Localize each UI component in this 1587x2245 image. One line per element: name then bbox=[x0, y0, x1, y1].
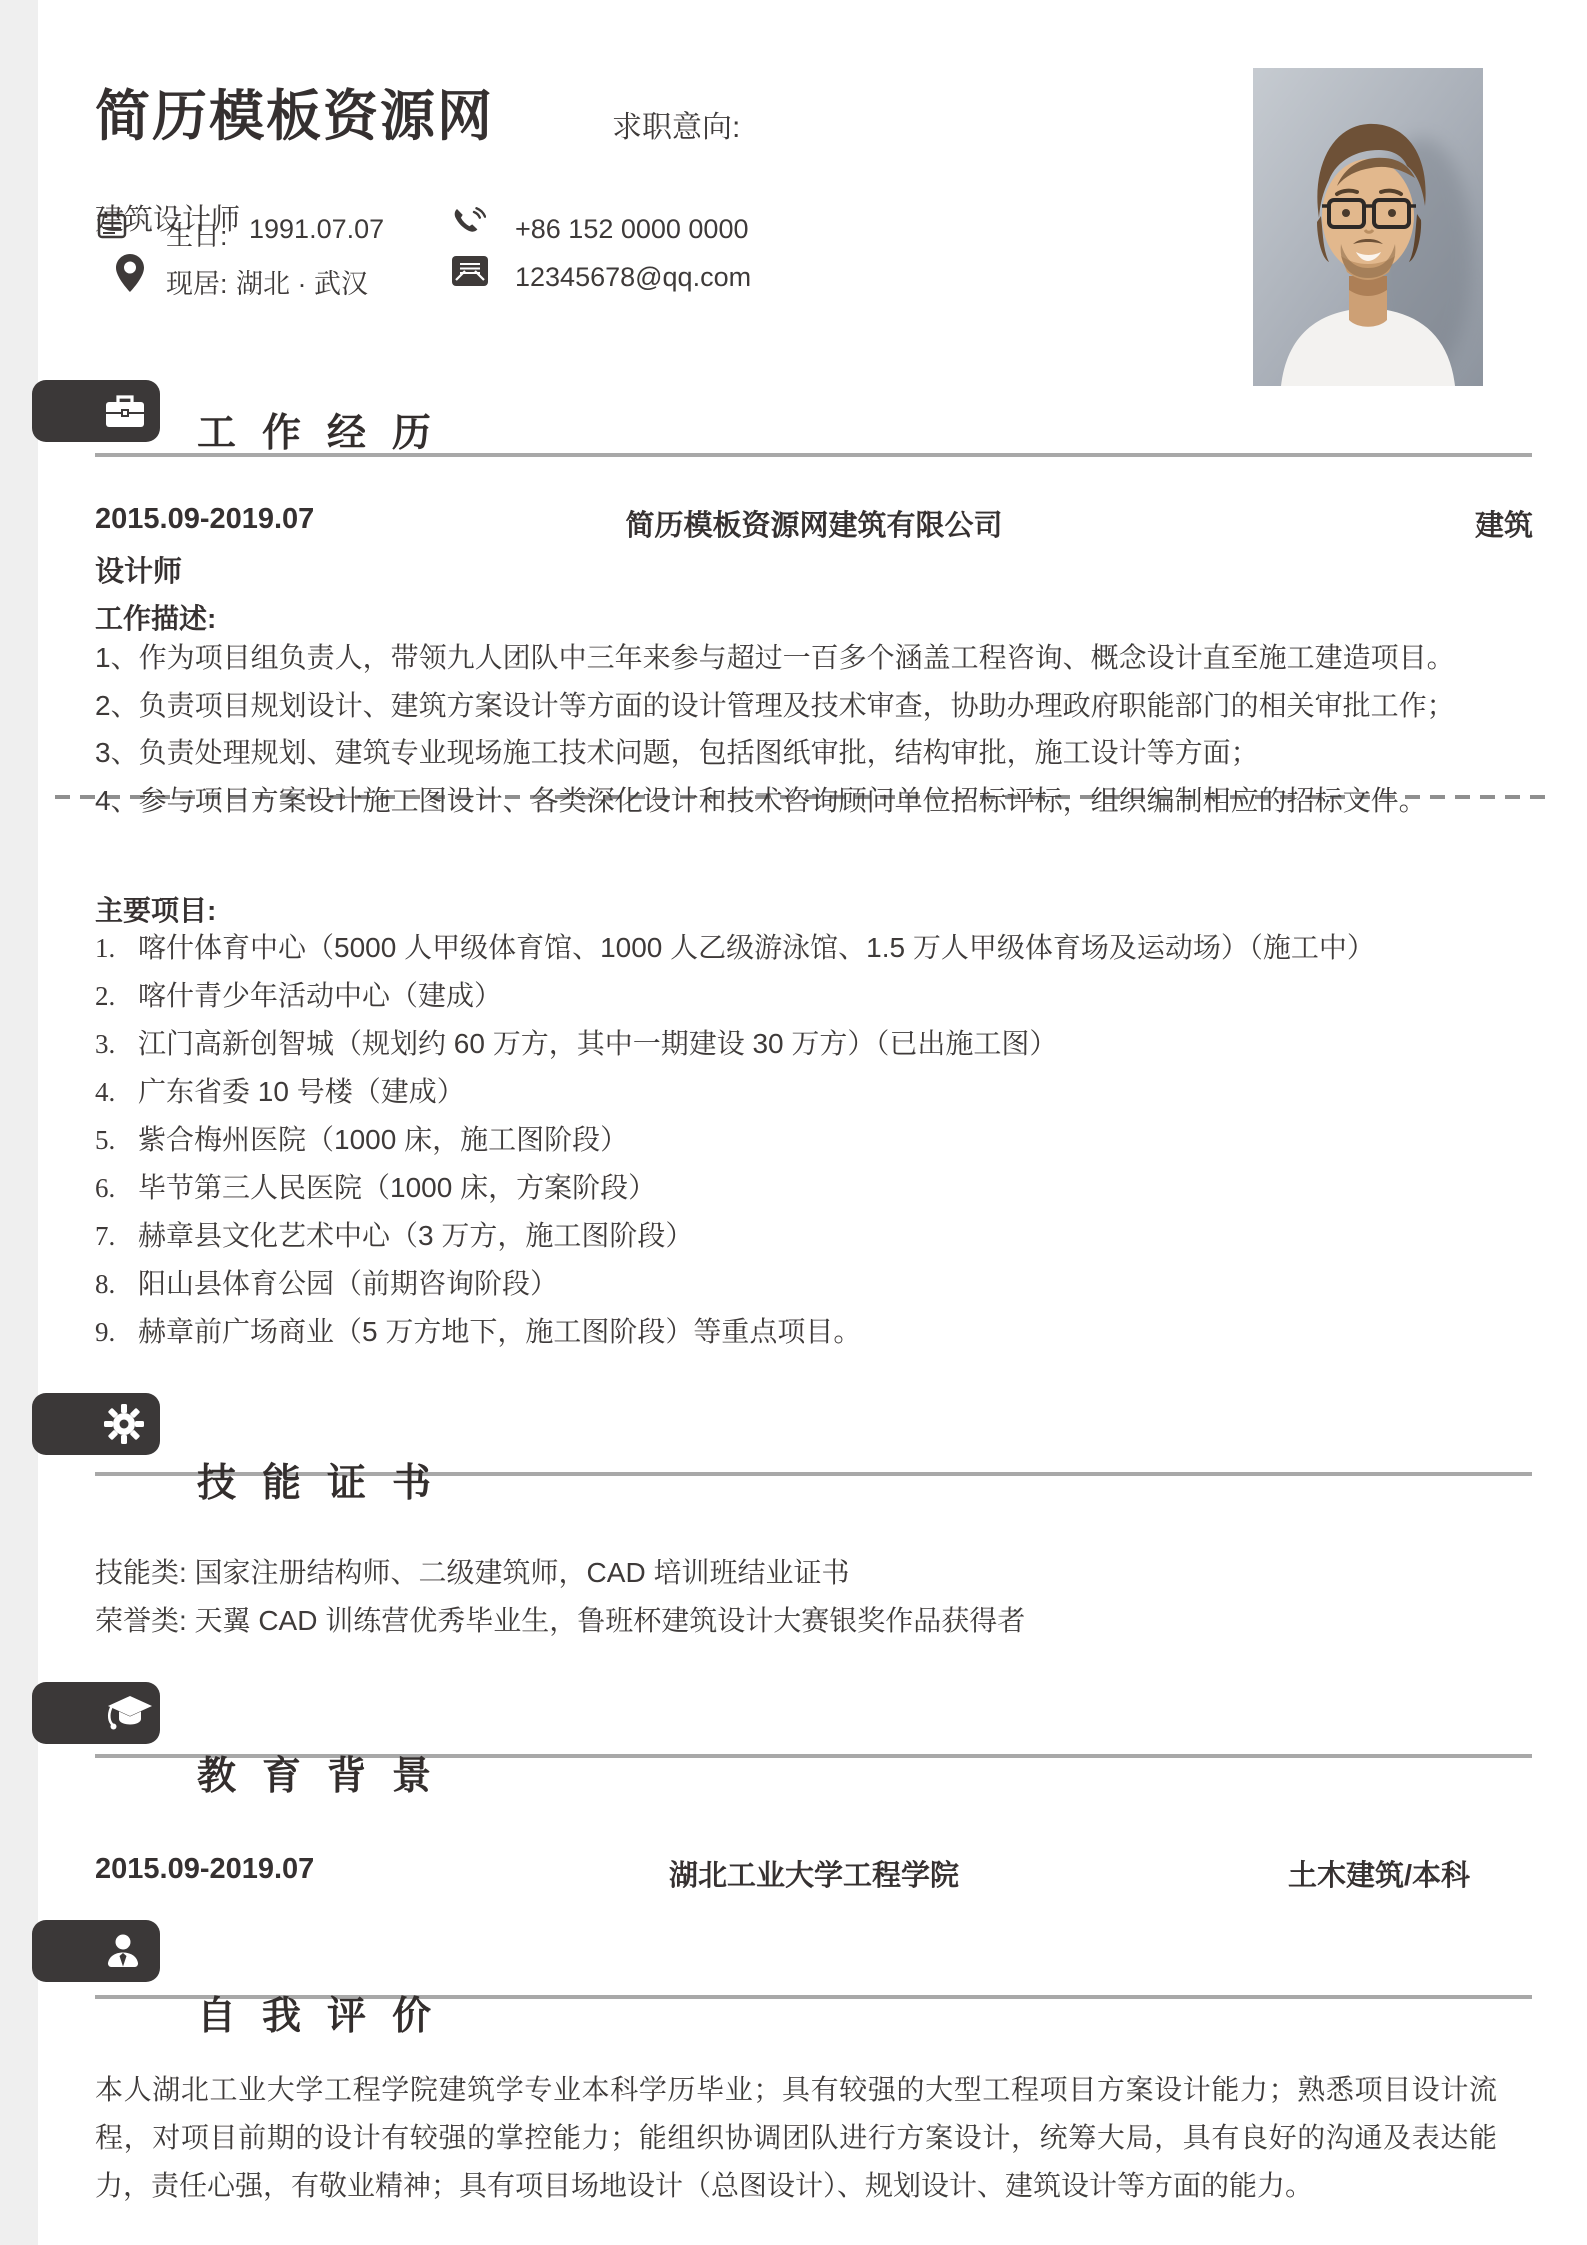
list-number: 2. bbox=[95, 972, 138, 1020]
list-number: 4. bbox=[95, 1068, 138, 1116]
list-number: 6. bbox=[95, 1164, 138, 1212]
work-role-line1: 建筑 bbox=[1475, 503, 1533, 544]
work-company: 简历模板资源网建筑有限公司 bbox=[95, 503, 1533, 544]
section-badge bbox=[32, 1682, 160, 1744]
list-number: 3. bbox=[95, 1020, 138, 1068]
work-desc-item: 2、负责项目规划设计、建筑方案设计等方面的设计管理及技术审查，协助办理政府职能部… bbox=[95, 682, 1542, 730]
self-evaluation-text: 本人湖北工业大学工程学院建筑学专业本科学历毕业；具有较强的大型工程项目方案设计能… bbox=[95, 2066, 1497, 2210]
list-text: 喀什体育中心（5000 人甲级体育馆、1000 人乙级游泳馆、1.5 万人甲级体… bbox=[138, 932, 1375, 963]
work-projects-list: 1.喀什体育中心（5000 人甲级体育馆、1000 人乙级游泳馆、1.5 万人甲… bbox=[95, 924, 1542, 1356]
job-intent-label: 求职意向: bbox=[612, 102, 740, 146]
work-desc-label: 工作描述: bbox=[95, 597, 216, 637]
section-title-self: 自我评价 bbox=[197, 1985, 457, 2041]
section-badge bbox=[32, 1393, 160, 1455]
left-gray-strip bbox=[0, 0, 38, 2245]
list-item: 1.喀什体育中心（5000 人甲级体育馆、1000 人乙级游泳馆、1.5 万人甲… bbox=[95, 924, 1542, 972]
list-text: 江门高新创智城（规划约 60 万方，其中一期建设 30 万方）（已出施工图） bbox=[138, 1028, 1057, 1059]
phone-value: +86 152 0000 0000 bbox=[515, 214, 748, 245]
section-title-education: 教育背景 bbox=[197, 1745, 457, 1801]
section-badge bbox=[32, 380, 160, 442]
residence-value: 湖北 · 武汉 bbox=[236, 262, 368, 301]
section-title-skills: 技能证书 bbox=[197, 1452, 457, 1508]
work-projects-label: 主要项目: bbox=[95, 889, 216, 929]
list-number: 9. bbox=[95, 1308, 138, 1356]
list-text: 阳山县体育公园（前期咨询阶段） bbox=[138, 1268, 558, 1299]
skills-line: 技能类: 国家注册结构师、二级建筑师，CAD 培训班结业证书 bbox=[95, 1549, 1542, 1597]
phone-icon bbox=[452, 206, 486, 245]
email-icon bbox=[452, 256, 488, 291]
birth-value: 1991.07.07 bbox=[249, 214, 384, 245]
list-text: 赫章县文化艺术中心（3 万方，施工图阶段） bbox=[138, 1220, 693, 1251]
page-title: 简历模板资源网 bbox=[95, 72, 494, 151]
list-text: 赫章前广场商业（5 万方地下，施工图阶段）等重点项目。 bbox=[138, 1316, 861, 1347]
list-item: 6.毕节第三人民医院（1000 床，方案阶段） bbox=[95, 1164, 1542, 1212]
email-value: 12345678@qq.com bbox=[515, 262, 751, 293]
list-item: 4.广东省委 10 号楼（建成） bbox=[95, 1068, 1542, 1116]
work-desc-list: 1、作为项目组负责人，带领九人团队中三年来参与超过一百多个涵盖工程咨询、概念设计… bbox=[95, 634, 1542, 824]
list-item: 5.紫合梅州医院（1000 床，施工图阶段） bbox=[95, 1116, 1542, 1164]
job-title: 建筑设计师 bbox=[95, 197, 240, 238]
list-number: 8. bbox=[95, 1260, 138, 1308]
honors-line: 荣誉类: 天翼 CAD 训练营优秀毕业生，鲁班杯建筑设计大赛银奖作品获得者 bbox=[95, 1597, 1542, 1645]
profile-photo bbox=[1253, 68, 1483, 386]
work-desc-item: 3、负责处理规划、建筑专业现场施工技术问题，包括图纸审批，结构审批，施工设计等方… bbox=[95, 729, 1542, 777]
work-role-line2: 设计师 bbox=[95, 549, 182, 590]
list-text: 毕节第三人民医院（1000 床，方案阶段） bbox=[138, 1172, 656, 1203]
list-number: 7. bbox=[95, 1212, 138, 1260]
list-item: 2.喀什青少年活动中心（建成） bbox=[95, 972, 1542, 1020]
skills-lines: 技能类: 国家注册结构师、二级建筑师，CAD 培训班结业证书 荣誉类: 天翼 C… bbox=[95, 1549, 1542, 1645]
list-text: 喀什青少年活动中心（建成） bbox=[138, 980, 502, 1011]
list-item: 3.江门高新创智城（规划约 60 万方，其中一期建设 30 万方）（已出施工图） bbox=[95, 1020, 1542, 1068]
work-desc-item: 4、参与项目方案设计施工图设计、各类深化设计和技术咨询顾问单位招标评标，组织编制… bbox=[95, 777, 1542, 825]
list-item: 7.赫章县文化艺术中心（3 万方，施工图阶段） bbox=[95, 1212, 1542, 1260]
list-item: 8.阳山县体育公园（前期咨询阶段） bbox=[95, 1260, 1542, 1308]
location-pin-icon bbox=[116, 254, 144, 297]
list-number: 1. bbox=[95, 924, 138, 972]
section-title-work: 工作经历 bbox=[197, 402, 457, 458]
resume-page: 简历模板资源网 求职意向: 生日: 1991.07.07 +86 152 000… bbox=[0, 0, 1587, 2245]
list-text: 广东省委 10 号楼（建成） bbox=[138, 1076, 465, 1107]
list-item: 9.赫章前广场商业（5 万方地下，施工图阶段）等重点项目。 bbox=[95, 1308, 1542, 1356]
residence-label: 现居: bbox=[166, 262, 228, 301]
section-badge bbox=[32, 1920, 160, 1982]
list-text: 紫合梅州医院（1000 床，施工图阶段） bbox=[138, 1124, 628, 1155]
education-degree: 土木建筑/本科 bbox=[1288, 1853, 1470, 1894]
work-desc-item: 1、作为项目组负责人，带领九人团队中三年来参与超过一百多个涵盖工程咨询、概念设计… bbox=[95, 634, 1542, 682]
list-number: 5. bbox=[95, 1116, 138, 1164]
